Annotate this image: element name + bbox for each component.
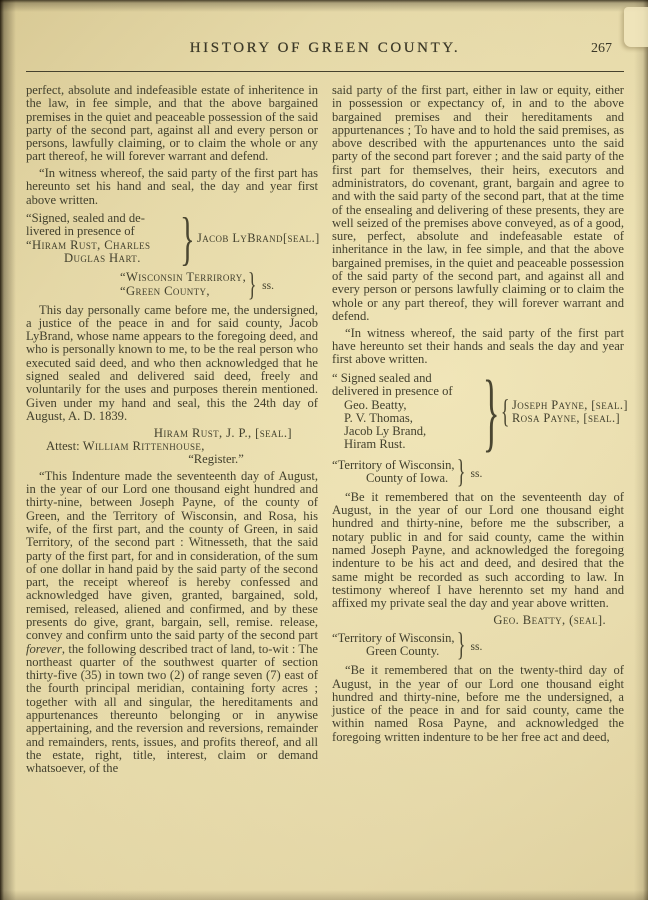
attest-name: William Rittenhouse, bbox=[83, 439, 205, 453]
paragraph: This day personally came before me, the … bbox=[26, 304, 318, 424]
witness-name: Hiram Rust. bbox=[332, 438, 482, 451]
paragraph: “Be it remembered that on the twenty-thi… bbox=[332, 664, 624, 744]
jurisdiction-line: County of Iowa. bbox=[332, 472, 455, 485]
notary-signature: Geo. Beatty, (seal]. bbox=[332, 614, 624, 627]
sig-line: “Hiram Rust, Charles bbox=[26, 239, 179, 252]
paragraph: “This Indenture made the seventeenth day… bbox=[26, 470, 318, 775]
right-column: said party of the first part, either in … bbox=[332, 84, 624, 779]
text-columns: perfect, absolute and indefeasible estat… bbox=[26, 84, 624, 779]
witness-name: Geo. Beatty, bbox=[332, 399, 482, 412]
indenture-text: “This Indenture made the seventeenth day… bbox=[26, 469, 318, 642]
justice-signature: Hiram Rust, J. P., [seal.] bbox=[26, 427, 318, 440]
signer-names: Joseph Payne, [seal.] Rosa Payne, [seal.… bbox=[512, 399, 628, 425]
jurisdiction-line: “Territory of Wisconsin, bbox=[332, 459, 455, 472]
witness-name: P. V. Thomas, bbox=[332, 412, 482, 425]
indenture-text: , the following described tract of land,… bbox=[26, 642, 318, 776]
page-number: 267 bbox=[591, 41, 612, 57]
italic-forever: forever bbox=[26, 642, 62, 656]
jurisdiction-lines: “Territory of Wisconsin, County of Iowa. bbox=[332, 459, 455, 486]
brace-glyph: { bbox=[500, 397, 510, 427]
jurisdiction-line: “Green County, bbox=[120, 285, 246, 298]
brace-glyph: } bbox=[455, 457, 468, 487]
attest-line: Attest: William Rittenhouse, bbox=[26, 440, 318, 453]
jurisdiction-block-wisconsin-iowa: “Territory of Wisconsin, County of Iowa.… bbox=[332, 457, 624, 487]
brace-character: { bbox=[501, 395, 510, 428]
sig-line: “ Signed sealed and bbox=[332, 372, 482, 385]
sig-line: “Signed, sealed and de- bbox=[26, 212, 179, 225]
ss-abbreviation: ss. bbox=[471, 464, 483, 480]
brace-glyph: } bbox=[455, 630, 468, 660]
witness-lines: “Signed, sealed and de- livered in prese… bbox=[26, 212, 179, 265]
jurisdiction-line: “Territory of Wisconsin, bbox=[332, 632, 455, 645]
signer-name: Rosa Payne, [seal.] bbox=[512, 412, 628, 425]
witness-name: Jacob Ly Brand, bbox=[332, 425, 482, 438]
attestation-block: Hiram Rust, J. P., [seal.] Attest: Willi… bbox=[26, 427, 318, 467]
brace-glyph: } bbox=[482, 370, 500, 454]
paragraph: “Be it remembered that on the seventeent… bbox=[332, 491, 624, 611]
signature-block-payne: “ Signed sealed and delivered in presenc… bbox=[332, 370, 624, 454]
jurisdiction-line: Green County. bbox=[332, 645, 455, 658]
attest-label: Attest: bbox=[46, 439, 80, 453]
brace-character: } bbox=[457, 455, 466, 488]
header-rule bbox=[26, 71, 624, 72]
signature-block-lybrand: “Signed, sealed and de- livered in prese… bbox=[26, 211, 318, 267]
ss-abbreviation: ss. bbox=[262, 276, 274, 292]
register-title: “Register.” bbox=[26, 453, 318, 466]
brace-glyph: } bbox=[246, 270, 259, 300]
sig-line: Duglas Hart. bbox=[26, 252, 179, 265]
jurisdiction-block-wisconsin-green2: “Territory of Wisconsin, Green County. }… bbox=[332, 630, 624, 660]
signer-name: Joseph Payne, [seal.] bbox=[512, 399, 628, 412]
jurisdiction-block-wisconsin-green: “Wisconsin Terrirory, “Green County, } s… bbox=[120, 270, 318, 300]
signer-name: Jacob LyBrand[seal.] bbox=[197, 232, 320, 245]
paragraph: said party of the first part, either in … bbox=[332, 84, 624, 323]
brace-glyph: } bbox=[179, 211, 195, 267]
running-title: HISTORY OF GREEN COUNTY. bbox=[26, 40, 624, 57]
jurisdiction-lines: “Territory of Wisconsin, Green County. bbox=[332, 632, 455, 659]
brace-character: } bbox=[457, 629, 466, 662]
paragraph: “In witness whereof, the said party of t… bbox=[26, 167, 318, 207]
brace-character: } bbox=[180, 209, 195, 268]
jurisdiction-line: “Wisconsin Terrirory, bbox=[120, 271, 246, 284]
page-edge-notch bbox=[624, 7, 648, 47]
book-page: HISTORY OF GREEN COUNTY. 267 perfect, ab… bbox=[0, 0, 648, 900]
brace-character: } bbox=[248, 268, 257, 301]
sig-line: delivered in presence of bbox=[332, 385, 482, 398]
paragraph: “In witness whereof, the said party of t… bbox=[332, 327, 624, 367]
left-column: perfect, absolute and indefeasible estat… bbox=[26, 84, 318, 779]
jurisdiction-lines: “Wisconsin Terrirory, “Green County, bbox=[120, 271, 246, 298]
page-header: HISTORY OF GREEN COUNTY. 267 bbox=[26, 30, 624, 66]
witness-lines: “ Signed sealed and delivered in presenc… bbox=[332, 372, 482, 452]
paragraph: perfect, absolute and indefeasible estat… bbox=[26, 84, 318, 164]
brace-character: } bbox=[483, 368, 500, 456]
ss-abbreviation: ss. bbox=[471, 637, 483, 653]
sig-line: livered in presence of bbox=[26, 225, 179, 238]
